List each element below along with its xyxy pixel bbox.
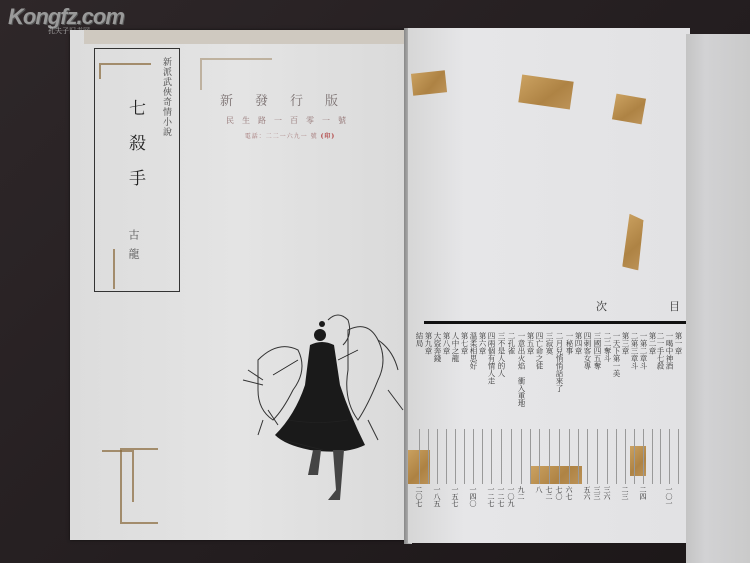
toc-entry: 第五章 bbox=[526, 332, 534, 512]
toc-entry: 二月兒悄悄話來了七〇 bbox=[554, 332, 564, 512]
tape-residue bbox=[200, 58, 272, 90]
toc-entry: 第三章二三 bbox=[620, 332, 630, 512]
toc-entry-title: 一秘事 bbox=[565, 332, 573, 427]
toc-entry-title: 第六章 bbox=[478, 332, 486, 427]
toc-leader-line bbox=[678, 429, 679, 484]
publisher-telephone: 電話：二二一六九一 號 (印) bbox=[170, 131, 410, 140]
toc-entry-title: 三國四五奪 bbox=[593, 332, 601, 427]
toc-entry: 四兩個有情人走一二七 bbox=[486, 332, 496, 512]
toc-leader-line bbox=[607, 429, 608, 484]
toc-entry-title: 一天下第一美 bbox=[612, 332, 620, 427]
toc-leader-line bbox=[616, 429, 617, 484]
toc-entry: 二二奪斗三六 bbox=[602, 332, 612, 512]
title-box: 新派武俠奇情小說 七殺手 古龍 bbox=[94, 48, 180, 292]
toc-entry-page: 一八五 bbox=[432, 486, 442, 512]
toc-rule bbox=[424, 321, 686, 324]
toc-entry-title: 四刺客女專 bbox=[583, 332, 591, 427]
toc-entry-page: 九二 bbox=[516, 486, 526, 512]
toc-entry-title: 第七章 bbox=[460, 332, 468, 427]
telephone-text: 電話：二二一六九一 號 bbox=[245, 133, 318, 140]
toc-entry-title: 一喝中神酒 bbox=[665, 332, 673, 427]
toc-entry-page: 三三 bbox=[592, 486, 602, 512]
toc-leader-line bbox=[625, 429, 626, 484]
publisher-address: 民生路一百零一號 bbox=[170, 115, 410, 126]
toc-entry-title: 第八章 bbox=[442, 332, 450, 427]
next-page-edge bbox=[686, 34, 750, 563]
toc-leader-line bbox=[419, 429, 420, 484]
toc-entry: 大盜奔錢一八五 bbox=[432, 332, 442, 512]
toc-entry: 人中之龍一五七 bbox=[450, 332, 460, 512]
toc-leader-line bbox=[597, 429, 598, 484]
toc-entry-title: 大盜奔錢 bbox=[433, 332, 441, 427]
table-of-contents: 第一章一喝中神酒一〇一二一手七殺第二章一第二章斗二四二第三章斗第三章二三一天下第… bbox=[426, 332, 682, 512]
toc-entry-page: 一〇九 bbox=[506, 486, 516, 512]
toc-leader-line bbox=[549, 429, 550, 484]
toc-entry-title: 第四章 bbox=[574, 332, 582, 427]
toc-leader-line bbox=[587, 429, 588, 484]
toc-entry-title: 第五章 bbox=[526, 332, 534, 427]
toc-entry-title: 三不是人的人 bbox=[497, 332, 505, 427]
toc-entry: 結局二〇七 bbox=[414, 332, 424, 512]
toc-leader-line bbox=[569, 429, 570, 484]
toc-entry: 第九章 bbox=[424, 332, 432, 512]
tape-residue bbox=[411, 70, 447, 95]
tape-residue bbox=[518, 75, 573, 110]
toc-entry-page: 六七 bbox=[564, 486, 574, 512]
publisher-block: 新發行版 民生路一百零一號 電話：二二一六九一 號 (印) bbox=[170, 90, 410, 140]
toc-entry-title: 人中之龍 bbox=[451, 332, 459, 427]
toc-entry-page: 一〇一 bbox=[664, 486, 674, 512]
left-page: 新派武俠奇情小說 七殺手 古龍 新發行版 民生路一百零一號 電話：二二一六九一 … bbox=[70, 30, 408, 540]
toc-leader-line bbox=[643, 429, 644, 484]
toc-entry-title: 四亡命之徒 bbox=[535, 332, 543, 427]
toc-leader-line bbox=[491, 429, 492, 484]
toc-entry-page: 一二七 bbox=[486, 486, 496, 512]
toc-entry-title: 三寂寞 bbox=[545, 332, 553, 427]
toc-leader-line bbox=[464, 429, 465, 484]
toc-entry-title: 結局 bbox=[415, 332, 423, 427]
toc-entry: 一喝中神酒一〇一 bbox=[664, 332, 674, 512]
toc-leader-line bbox=[521, 429, 522, 484]
toc-entry-title: 二孔雀 bbox=[507, 332, 515, 427]
toc-entry: 二一手七殺 bbox=[656, 332, 664, 512]
red-stamp: (印) bbox=[321, 133, 336, 140]
toc-leader-line bbox=[559, 429, 560, 484]
toc-entry: 第一章 bbox=[674, 332, 682, 512]
toc-heading-right: 次 bbox=[596, 298, 607, 314]
toc-leader-line bbox=[437, 429, 438, 484]
toc-entry-page: 五六 bbox=[582, 486, 592, 512]
toc-entry-title: 第二章 bbox=[648, 332, 656, 427]
toc-entry-title: 二第三章斗 bbox=[630, 332, 638, 427]
toc-leader-line bbox=[539, 429, 540, 484]
toc-entry: 一秘事六七 bbox=[564, 332, 574, 512]
toc-leader-line bbox=[652, 429, 653, 484]
toc-leader-line bbox=[428, 429, 429, 484]
toc-entry-title: 溫柔相思好 bbox=[469, 332, 477, 427]
toc-entry-page: 三六 bbox=[602, 486, 612, 512]
toc-entry: 溫柔相思好一四〇 bbox=[468, 332, 478, 512]
toc-entry: 三不是人的人一二七 bbox=[496, 332, 506, 512]
toc-leader-line bbox=[669, 429, 670, 484]
publisher-name: 新發行版 bbox=[170, 90, 410, 109]
toc-leader-line bbox=[473, 429, 474, 484]
tape-residue bbox=[612, 94, 646, 125]
toc-entry-title: 四兩個有情人走 bbox=[487, 332, 495, 427]
toc-entry: 第四章 bbox=[574, 332, 582, 512]
toc-entry-title: 第三章 bbox=[621, 332, 629, 427]
toc-entry: 三國四五奪三三 bbox=[592, 332, 602, 512]
tape-residue bbox=[113, 249, 135, 289]
toc-entry-page: 一五七 bbox=[450, 486, 460, 512]
toc-entry-title: 一意出火焰 衝入重地 bbox=[517, 332, 525, 427]
tape-residue bbox=[622, 213, 644, 270]
toc-entry: 四亡命之徒八 bbox=[534, 332, 544, 512]
toc-entry-page: 二三 bbox=[620, 486, 630, 512]
toc-entry-page: 八 bbox=[534, 486, 544, 512]
toc-entry: 第二章 bbox=[648, 332, 656, 512]
toc-leader-line bbox=[578, 429, 579, 484]
toc-entry-page: 一四〇 bbox=[468, 486, 478, 512]
toc-entry-title: 二一手七殺 bbox=[656, 332, 664, 427]
toc-leader-line bbox=[511, 429, 512, 484]
toc-entry: 二孔雀一〇九 bbox=[506, 332, 516, 512]
toc-entry-page: 二〇七 bbox=[414, 486, 424, 512]
toc-entry-page: 七〇 bbox=[554, 486, 564, 512]
toc-leader-line bbox=[455, 429, 456, 484]
toc-entry: 一天下第一美 bbox=[612, 332, 620, 512]
toc-entry: 第八章 bbox=[442, 332, 450, 512]
toc-entry: 一意出火焰 衝入重地九二 bbox=[516, 332, 526, 512]
toc-entry: 四刺客女專五六 bbox=[582, 332, 592, 512]
toc-entry-title: 第一章 bbox=[674, 332, 682, 427]
toc-leader-line bbox=[501, 429, 502, 484]
toc-leader-line bbox=[446, 429, 447, 484]
book-title: 七殺手 bbox=[123, 99, 148, 204]
toc-entry-title: 二二奪斗 bbox=[603, 332, 611, 427]
toc-leader-line bbox=[660, 429, 661, 484]
toc-heading-left: 目 bbox=[669, 298, 680, 314]
toc-leader-line bbox=[530, 429, 531, 484]
toc-entry-title: 一第二章斗 bbox=[639, 332, 647, 427]
toc-entry-page: 二四 bbox=[638, 486, 648, 512]
toc-heading: 次 目 bbox=[596, 298, 680, 314]
tape-residue bbox=[99, 63, 151, 79]
toc-entry-page: 七二 bbox=[544, 486, 554, 512]
toc-entry: 一第二章斗二四 bbox=[638, 332, 648, 512]
swordsman-illustration bbox=[238, 300, 408, 520]
toc-leader-line bbox=[634, 429, 635, 484]
watermark: Kongfz.com 孔夫子旧书网 bbox=[8, 4, 124, 30]
toc-entry-title: 第九章 bbox=[424, 332, 432, 427]
page-top-edge bbox=[84, 30, 404, 44]
toc-entry: 三寂寞七二 bbox=[544, 332, 554, 512]
tape-residue bbox=[120, 448, 158, 524]
toc-entry: 第六章 bbox=[478, 332, 486, 512]
toc-entry: 第七章 bbox=[460, 332, 468, 512]
toc-entry-page: 一二七 bbox=[496, 486, 506, 512]
toc-entry: 二第三章斗 bbox=[630, 332, 638, 512]
toc-entry-title: 二月兒悄悄話來了 bbox=[555, 332, 563, 427]
toc-leader-line bbox=[482, 429, 483, 484]
